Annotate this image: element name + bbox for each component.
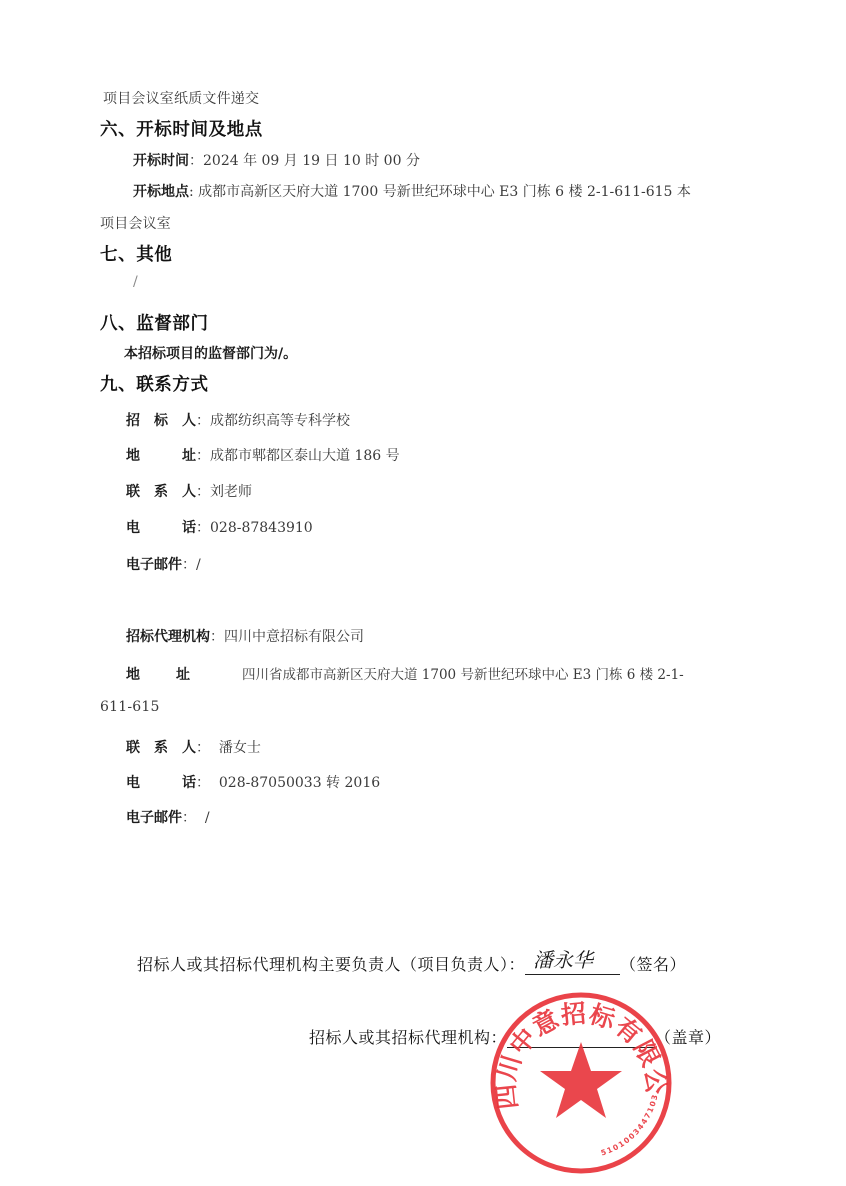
- agency-address-row: 地 址 四川省成都市高新区天府大道 1700 号新世纪环球中心 E3 门栋 6 …: [126, 663, 684, 684]
- tenderer-phone-row: 电 话 ：028-87843910: [126, 517, 313, 537]
- section-9-heading: 九、联系方式: [100, 371, 209, 396]
- tenderer-name-value: ：成都纺织高等专科学校: [196, 410, 350, 430]
- agency-name-value: ：四川中意招标有限公司: [210, 626, 364, 646]
- agency-address-cont: 611-615: [100, 699, 160, 715]
- agency-email-label: 电子邮件: [126, 807, 182, 827]
- tenderer-email-row: 电子邮件 ：/: [126, 554, 201, 574]
- agency-contact-row: 联 系 人 ： 潘女士: [126, 737, 261, 757]
- svg-text:5101003447103: 5101003447103: [600, 1093, 660, 1158]
- handwritten-signature: 潘永华: [533, 944, 593, 973]
- agency-address-label: 地 址: [126, 664, 190, 684]
- tenderer-name-row: 招 标 人 ：成都纺织高等专科学校: [126, 410, 350, 430]
- bid-opening-place-value: : 成都市高新区天府大道 1700 号新世纪环球中心 E3 门栋 6 楼 2-1…: [189, 181, 691, 201]
- tenderer-email-label: 电子邮件: [126, 554, 182, 574]
- bid-opening-time-row: 开标时间 ：2024 年 09 月 19 日 10 时 00 分: [133, 150, 420, 170]
- section-8-heading: 八、监督部门: [100, 310, 209, 335]
- section-8-content: 本招标项目的监督部门为/。: [124, 343, 297, 363]
- tenderer-phone-value: ：028-87843910: [196, 517, 313, 537]
- agency-name-label: 招标代理机构: [126, 626, 210, 646]
- section-6-heading: 六、开标时间及地点: [100, 116, 263, 141]
- bid-opening-time-label: 开标时间: [133, 150, 189, 170]
- bid-opening-time-value: ：2024 年 09 月 19 日 10 时 00 分: [189, 150, 420, 170]
- tenderer-contact-row: 联 系 人 ：刘老师: [126, 481, 252, 501]
- tenderer-email-value: ：/: [182, 554, 201, 574]
- agency-contact-label: 联 系 人: [126, 737, 196, 757]
- tenderer-address-label: 地 址: [126, 445, 196, 465]
- principal-signature-label: 招标人或其招标代理机构主要负责人（项目负责人）：: [137, 952, 525, 975]
- agency-contact-value: ： 潘女士: [196, 737, 261, 757]
- agency-phone-value: ： 028-87050033 转 2016: [196, 772, 380, 792]
- tenderer-contact-label: 联 系 人: [126, 481, 196, 501]
- signature-line: 潘永华: [525, 954, 620, 975]
- bid-opening-place-cont: 项目会议室: [100, 213, 171, 233]
- tenderer-name-label: 招 标 人: [126, 410, 196, 430]
- sign-suffix: （签名）: [620, 952, 686, 975]
- tenderer-address-value: ：成都市郫都区泰山大道 186 号: [196, 445, 400, 465]
- agency-address-value: 四川省成都市高新区天府大道 1700 号新世纪环球中心 E3 门栋 6 楼 2-…: [242, 663, 684, 683]
- continued-text: 项目会议室纸质文件递交: [103, 88, 259, 108]
- bid-opening-place-label: 开标地点: [133, 181, 189, 201]
- agency-email-row: 电子邮件 ： /: [126, 807, 210, 827]
- agency-phone-label: 电 话: [126, 772, 196, 792]
- agency-email-value: ： /: [182, 807, 210, 827]
- bid-opening-place-row: 开标地点 : 成都市高新区天府大道 1700 号新世纪环球中心 E3 门栋 6 …: [133, 181, 691, 201]
- tenderer-address-row: 地 址 ：成都市郫都区泰山大道 186 号: [126, 445, 400, 465]
- company-seal-stamp: 四川中意招标有限公司 5101003447103: [488, 990, 674, 1176]
- agency-phone-row: 电 话 ： 028-87050033 转 2016: [126, 772, 380, 792]
- agency-name-row: 招标代理机构 ：四川中意招标有限公司: [126, 626, 364, 646]
- seal-icon: 四川中意招标有限公司 5101003447103: [488, 990, 674, 1176]
- org-seal-label: 招标人或其招标代理机构: [309, 1025, 491, 1048]
- section-7-content: /: [133, 274, 138, 290]
- tenderer-phone-label: 电 话: [126, 517, 196, 537]
- tenderer-contact-value: ：刘老师: [196, 481, 252, 501]
- section-7-heading: 七、其他: [100, 241, 172, 266]
- principal-signature-row: 招标人或其招标代理机构主要负责人（项目负责人）： 潘永华 （签名）: [137, 952, 686, 975]
